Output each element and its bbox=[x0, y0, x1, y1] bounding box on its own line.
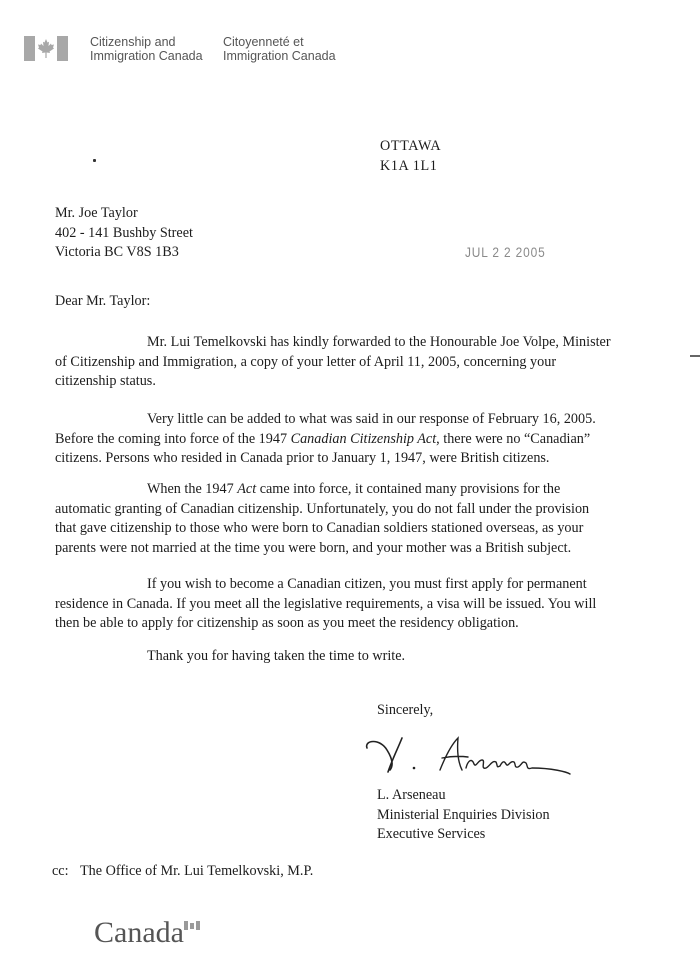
sender-location: OTTAWA K1A 1L1 bbox=[380, 137, 441, 176]
sender-city: OTTAWA bbox=[380, 137, 441, 157]
paragraph-line: Before the coming into force of the 1947… bbox=[55, 430, 695, 450]
body-paragraph: Mr. Lui Temelkovski has kindly forwarded… bbox=[55, 333, 695, 392]
paragraph-line: Very little can be added to what was sai… bbox=[55, 410, 695, 430]
margin-mark bbox=[690, 355, 700, 357]
signer-unit: Executive Services bbox=[377, 825, 550, 845]
body-paragraph: Thank you for having taken the time to w… bbox=[55, 647, 695, 667]
department-fr-line-2: Immigration Canada bbox=[223, 49, 336, 63]
body-paragraph: If you wish to become a Canadian citizen… bbox=[55, 575, 695, 634]
paragraph-line: then be able to apply for citizenship as… bbox=[55, 614, 695, 634]
maple-leaf-icon bbox=[38, 39, 54, 58]
recipient-street: 402 - 141 Bushby Street bbox=[55, 224, 193, 244]
paragraph-line: citizenship status. bbox=[55, 372, 695, 392]
paragraph-line: If you wish to become a Canadian citizen… bbox=[55, 575, 695, 595]
handwritten-signature-icon bbox=[362, 730, 572, 780]
text-segment: , there were no “Canadian” bbox=[436, 431, 590, 447]
flag-bar-right bbox=[57, 36, 68, 61]
text-segment: came into force, it contained many provi… bbox=[256, 481, 560, 497]
paragraph-line: Mr. Lui Temelkovski has kindly forwarded… bbox=[55, 333, 695, 353]
cc-label: cc: bbox=[52, 862, 80, 882]
paragraph-line: Thank you for having taken the time to w… bbox=[55, 647, 695, 667]
body-paragraph: When the 1947 Act came into force, it co… bbox=[55, 480, 695, 558]
scan-speck bbox=[93, 159, 96, 162]
paragraph-line: citizens. Persons who resided in Canada … bbox=[55, 449, 695, 469]
department-en-line-2: Immigration Canada bbox=[90, 49, 203, 63]
paragraph-line: When the 1947 Act came into force, it co… bbox=[55, 480, 695, 500]
italic-text: Canadian Citizenship Act bbox=[291, 431, 437, 447]
cc-recipient: The Office of Mr. Lui Temelkovski, M.P. bbox=[80, 863, 313, 879]
body-paragraph: Very little can be added to what was sai… bbox=[55, 410, 695, 469]
paragraph-line: parents were not married at the time you… bbox=[55, 539, 695, 559]
signer-name: L. Arseneau bbox=[377, 786, 550, 806]
paragraph-line: of Citizenship and Immigration, a copy o… bbox=[55, 353, 695, 373]
recipient-name: Mr. Joe Taylor bbox=[55, 204, 193, 224]
recipient-address: Mr. Joe Taylor 402 - 141 Bushby Street V… bbox=[55, 204, 193, 263]
closing: Sincerely, bbox=[377, 701, 433, 721]
date-stamp: JUL 2 2 2005 bbox=[465, 244, 546, 260]
department-name-english: Citizenship and Immigration Canada bbox=[90, 35, 203, 63]
recipient-city: Victoria BC V8S 1B3 bbox=[55, 243, 193, 263]
paragraph-line: automatic granting of Canadian citizensh… bbox=[55, 500, 695, 520]
department-fr-line-1: Citoyenneté et bbox=[223, 35, 336, 49]
paragraph-line: that gave citizenship to those who were … bbox=[55, 519, 695, 539]
italic-text: Act bbox=[237, 481, 256, 497]
cc-line: cc:The Office of Mr. Lui Temelkovski, M.… bbox=[52, 862, 313, 882]
department-en-line-1: Citizenship and bbox=[90, 35, 203, 49]
canada-wordmark: Canada bbox=[94, 916, 184, 950]
department-name-french: Citoyenneté et Immigration Canada bbox=[223, 35, 336, 63]
flag-bar-left bbox=[24, 36, 35, 61]
sender-postal-code: K1A 1L1 bbox=[380, 157, 441, 177]
text-segment: When the 1947 bbox=[147, 481, 237, 497]
paragraph-line: residence in Canada. If you meet all the… bbox=[55, 595, 695, 615]
canada-flag-icon bbox=[24, 36, 68, 61]
text-segment: Before the coming into force of the 1947 bbox=[55, 431, 291, 447]
signer-block: L. Arseneau Ministerial Enquiries Divisi… bbox=[377, 786, 550, 845]
signer-division: Ministerial Enquiries Division bbox=[377, 806, 550, 826]
canada-wordmark-flag-icon bbox=[184, 921, 200, 930]
salutation: Dear Mr. Taylor: bbox=[55, 292, 150, 312]
